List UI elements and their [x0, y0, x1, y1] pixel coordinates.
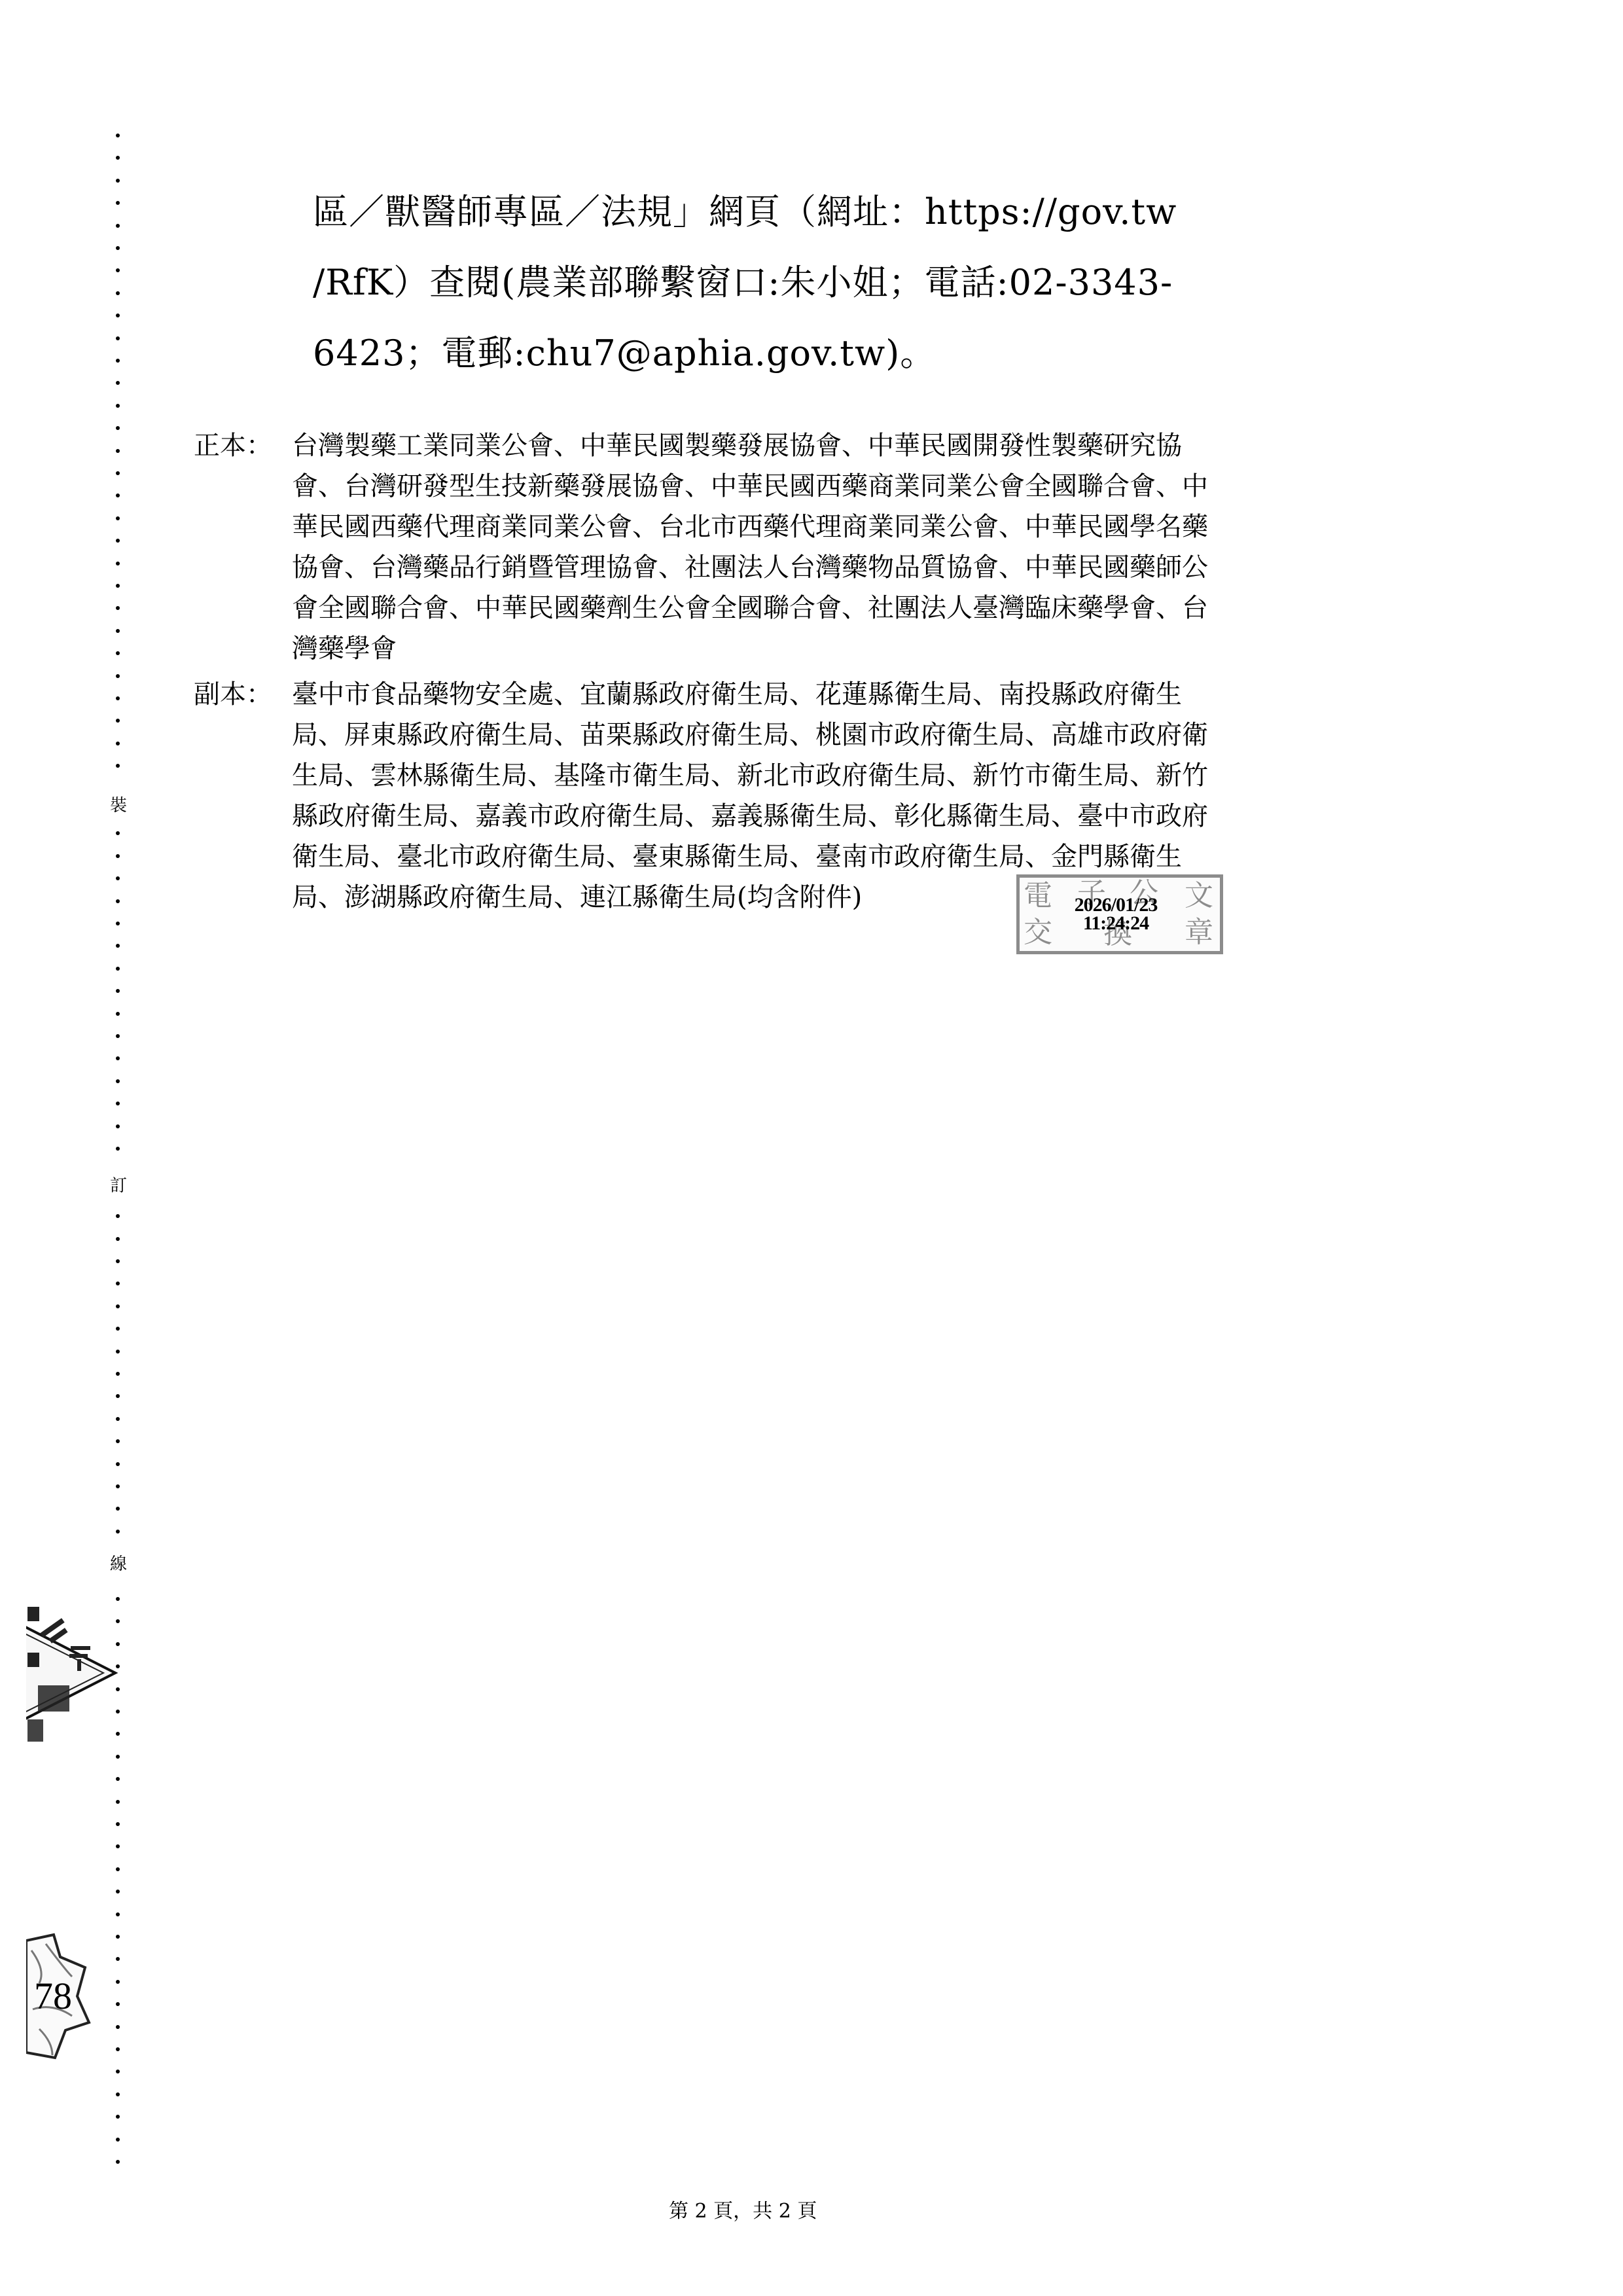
binding-guide-dot [116, 1304, 120, 1308]
binding-guide-dot [116, 1530, 120, 1534]
binding-label-ding: 訂 [109, 1176, 128, 1196]
recipient-line: 局、澎湖縣政府衛生局、連江縣衛生局(均含附件) [292, 877, 1450, 918]
binding-guide-dot [116, 1147, 120, 1151]
binding-label-xian: 線 [109, 1554, 128, 1574]
binding-guide-dot [116, 899, 120, 903]
binding-guide-dot [116, 1912, 120, 1916]
binding-guide-dot [116, 1822, 120, 1826]
binding-guide-dot [116, 471, 120, 475]
paragraph-line: 區／獸醫師專區／法規」網頁（網址：https://gov.tw [313, 177, 1399, 247]
binding-guide-dot [116, 1214, 120, 1218]
binding-guide-dot [116, 2160, 120, 2164]
binding-guide-dot [116, 1642, 120, 1646]
paragraph-line: 6423；電郵:chu7@aphia.gov.tw)。 [313, 318, 1399, 389]
binding-guide-dot [116, 1597, 120, 1601]
binding-guide-dot [116, 719, 120, 723]
binding-margin: 裝 訂 線 78 [0, 0, 157, 2296]
recipient-line: 灣藥學會 [292, 628, 1450, 669]
binding-guide-dot [116, 696, 120, 700]
binding-guide-dot [116, 1800, 120, 1804]
binding-guide-dot [116, 1462, 120, 1466]
binding-guide-dot [116, 967, 120, 971]
binding-guide-dot [116, 1327, 120, 1331]
binding-guide-dot [116, 1507, 120, 1511]
binding-guide-dot [116, 201, 120, 205]
binding-guide-dot [116, 426, 120, 430]
binding-guide-dot [116, 1012, 120, 1016]
recipient-line: 生局、雲林縣衛生局、基隆市衛生局、新北市政府衛生局、新竹市衛生局、新竹 [292, 755, 1450, 796]
binding-guide-dot [116, 1079, 120, 1083]
binding-guide-dot [116, 2138, 120, 2142]
binding-guide-dot [116, 246, 120, 250]
binding-guide-dot [116, 2115, 120, 2119]
binding-guide-dot [116, 1935, 120, 1939]
binding-guide-dot [116, 1417, 120, 1421]
binding-guide-dot [116, 268, 120, 272]
binding-guide-dot [116, 2070, 120, 2073]
binding-guide-dot [116, 179, 120, 183]
binding-guide-dot [116, 629, 120, 633]
binding-guide-dot [116, 1372, 120, 1376]
binding-guide-dot [116, 674, 120, 678]
stamp-char: 文 [1185, 880, 1213, 912]
binding-guide-dot [116, 2002, 120, 2006]
binding-guide-dot [116, 1282, 120, 1285]
binding-guide-dot [116, 1259, 120, 1263]
copy-recipients: 副本： 臺中市食品藥物安全處、宜蘭縣政府衛生局、花蓮縣衛生局、南投縣政府衛生 局… [194, 674, 1450, 918]
recipient-line: 衛生局、臺北市政府衛生局、臺東縣衛生局、臺南市政府衛生局、金門縣衛生 [292, 836, 1450, 877]
stamp-char: 電 [1024, 880, 1052, 912]
binding-guide-dot [116, 944, 120, 948]
binding-guide-dot [116, 224, 120, 228]
stamp-char: 章 [1185, 917, 1213, 948]
binding-guide-dot [116, 539, 120, 543]
binding-guide-dot [116, 1957, 120, 1961]
binding-guide-dot [116, 764, 120, 768]
binding-guide-dot [116, 1394, 120, 1398]
binding-guide-dot [116, 1777, 120, 1781]
binding-guide-dot [116, 1350, 120, 1354]
main-recipients: 正本： 台灣製藥工業同業公會、中華民國製藥發展協會、中華民國開發性製藥研究協 會… [194, 425, 1450, 669]
binding-guide-dot [116, 381, 120, 385]
recipient-line: 會、台灣研發型生技新藥發展協會、中華民國西藥商業同業公會全國聯合會、中 [292, 466, 1450, 507]
recipient-line: 局、屏東縣政府衛生局、苗栗縣政府衛生局、桃園市政府衛生局、高雄市政府衛 [292, 715, 1450, 755]
binding-guide-dot [116, 1980, 120, 1984]
binding-guide-dot [116, 404, 120, 408]
binding-guide-dot [116, 562, 120, 565]
binding-guide-dot [116, 922, 120, 925]
copy-recipients-label: 副本： [194, 674, 272, 715]
binding-guide-dot [116, 651, 120, 655]
binding-guide-dot [116, 2047, 120, 2051]
seal-number: 78 [34, 1977, 72, 2016]
binding-guide-dot [116, 1439, 120, 1443]
binding-guide-dot [116, 854, 120, 858]
stamp-char: 交 [1024, 917, 1052, 948]
binding-guide-dot [116, 1102, 120, 1105]
binding-guide-dot [116, 1124, 120, 1128]
recipient-line: 會全國聯合會、中華民國藥劑生公會全國聯合會、社團法人臺灣臨床藥學會、台 [292, 588, 1450, 628]
binding-guide-dot [116, 336, 120, 340]
binding-guide-dot [116, 1732, 120, 1736]
binding-guide-dot [116, 493, 120, 497]
binding-guide-dot [116, 1844, 120, 1848]
binding-guide-dot [116, 989, 120, 993]
binding-guide-dot [116, 1484, 120, 1488]
binding-guide-dot [116, 1867, 120, 1871]
binding-label-zhuang: 裝 [109, 796, 128, 816]
binding-guide-dot [116, 1890, 120, 1893]
binding-guide-dot [116, 876, 120, 880]
binding-guide-dot [116, 1710, 120, 1713]
binding-guide-dot [116, 314, 120, 317]
stamp-timestamp: 2026/01/23 11:24:24 [1060, 896, 1171, 933]
recipient-line: 縣政府衛生局、嘉義市政府衛生局、嘉義縣衛生局、彰化縣衛生局、臺中市政府 [292, 796, 1450, 836]
stamp-date: 2026/01/23 [1060, 896, 1171, 914]
recipient-line: 協會、台灣藥品行銷暨管理協會、社團法人台灣藥物品質協會、中華民國藥師公 [292, 547, 1450, 588]
binding-guide-dot [116, 516, 120, 520]
binding-guide-dot [116, 359, 120, 363]
binding-guide-dot [116, 742, 120, 745]
binding-guide-dot [116, 1664, 120, 1668]
main-recipients-label: 正本： [194, 425, 272, 466]
binding-guide-dot [116, 1034, 120, 1038]
paragraph-line: /RfK）查閱(農業部聯繫窗口:朱小姐；電話:02-3343- [313, 247, 1399, 318]
binding-guide-dot [116, 2025, 120, 2029]
binding-guide-dot [116, 584, 120, 588]
binding-guide-dot [116, 1237, 120, 1241]
page-indicator: 第 2 頁，共 2 頁 [669, 2200, 817, 2223]
electronic-document-seal-icon [26, 1581, 118, 1765]
binding-guide-dot [116, 1687, 120, 1691]
binding-guide-dot [116, 1755, 120, 1759]
binding-guide-dot [116, 134, 120, 137]
continued-paragraph: 區／獸醫師專區／法規」網頁（網址：https://gov.tw /RfK）查閱(… [313, 177, 1399, 389]
binding-guide-dot [116, 2092, 120, 2096]
electronic-exchange-stamp: 電 子 公 文 交 換 章 2026/01/23 11:24:24 [1016, 874, 1223, 954]
binding-guide-dot [116, 1619, 120, 1623]
binding-guide-dot [116, 606, 120, 610]
binding-guide-dot [116, 831, 120, 835]
main-recipients-list: 台灣製藥工業同業公會、中華民國製藥發展協會、中華民國開發性製藥研究協 會、台灣研… [292, 425, 1450, 669]
recipient-line: 台灣製藥工業同業公會、中華民國製藥發展協會、中華民國開發性製藥研究協 [292, 425, 1450, 466]
recipient-line: 臺中市食品藥物安全處、宜蘭縣政府衛生局、花蓮縣衛生局、南投縣政府衛生 [292, 674, 1450, 715]
recipient-line: 華民國西藥代理商業同業公會、台北市西藥代理商業同業公會、中華民國學名藥 [292, 507, 1450, 547]
binding-guide-dot [116, 291, 120, 295]
binding-guide-dot [116, 1056, 120, 1060]
copy-recipients-list: 臺中市食品藥物安全處、宜蘭縣政府衛生局、花蓮縣衛生局、南投縣政府衛生 局、屏東縣… [292, 674, 1450, 918]
binding-guide-dot [116, 449, 120, 453]
stamp-time: 11:24:24 [1060, 914, 1171, 933]
binding-guide-dot [116, 156, 120, 160]
